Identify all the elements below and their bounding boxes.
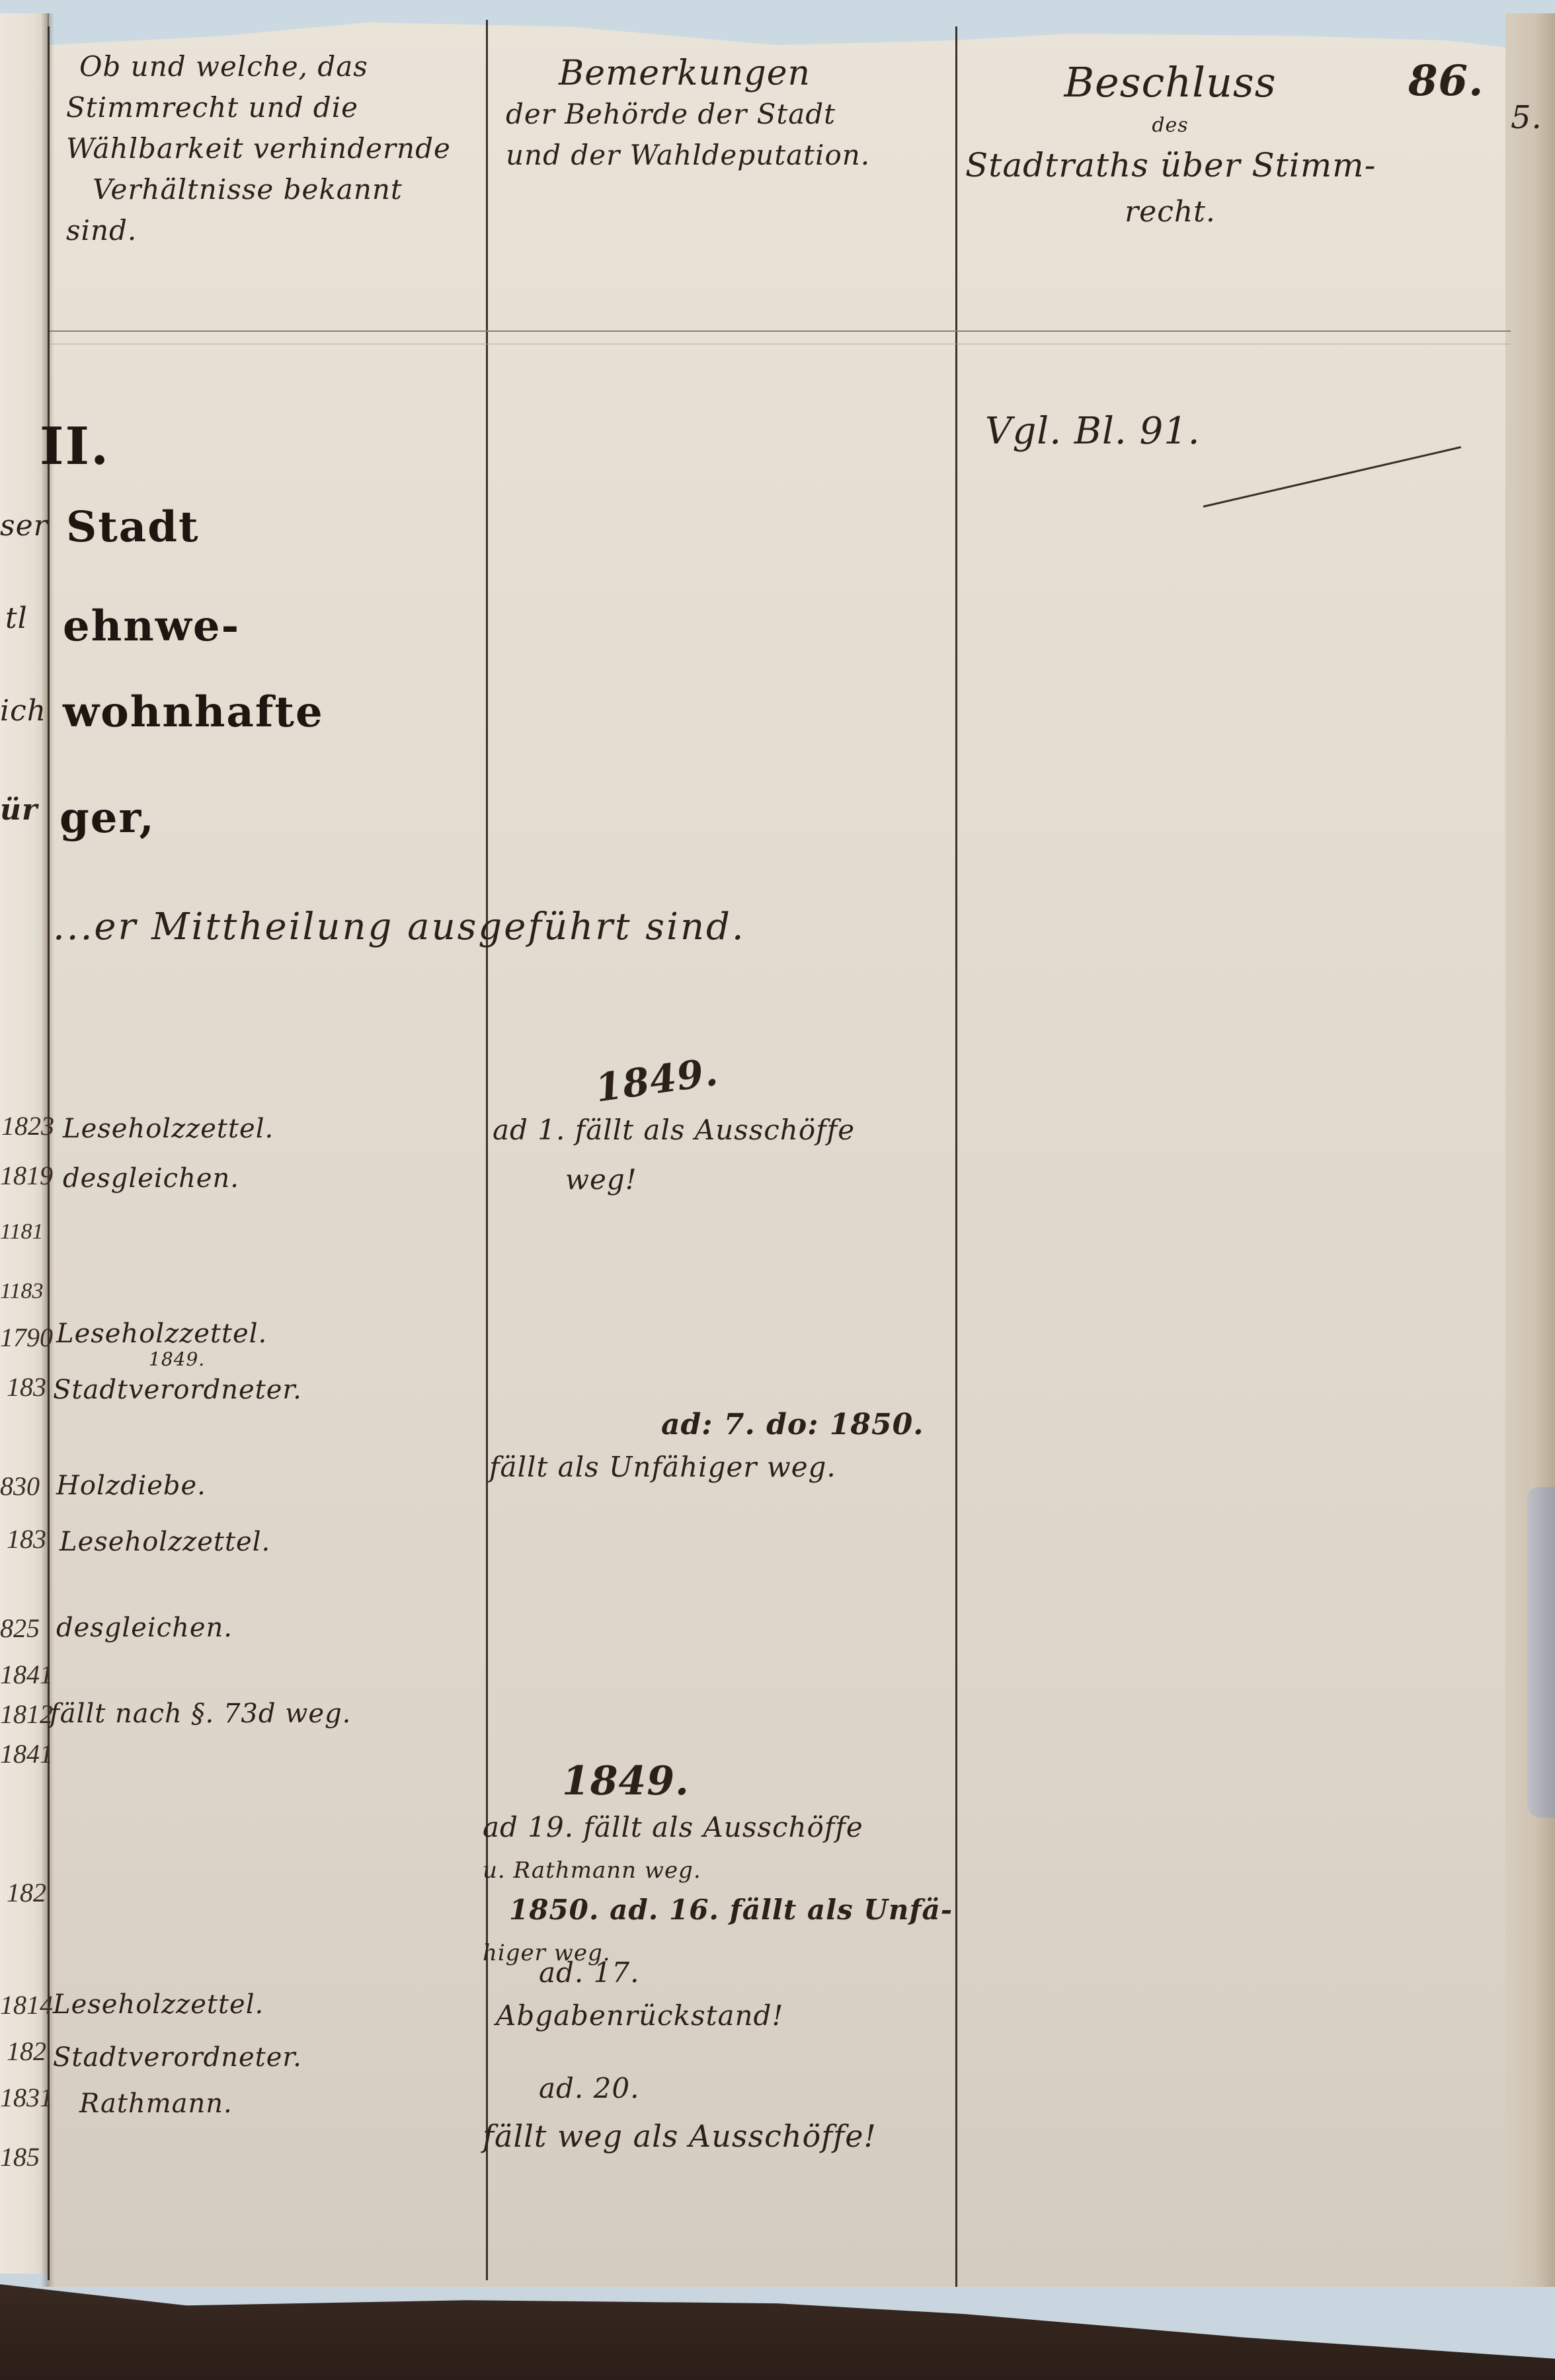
- margin-year: 183: [7, 1523, 46, 1555]
- header-line: der Behörde der Stadt: [506, 94, 870, 135]
- entry-col1: Holzdiebe.: [56, 1471, 206, 1501]
- section-title-line: Stadt: [66, 502, 200, 552]
- page-number: 86.: [1408, 56, 1484, 106]
- entry-note: u. Rathmann weg.: [483, 1857, 701, 1884]
- margin-year: 182: [7, 2036, 46, 2067]
- adjacent-page-number: 5.: [1511, 99, 1542, 136]
- column-header-2: Bemerkungen der Behörde der Stadt und de…: [506, 53, 870, 176]
- margin-fragment: tl: [5, 601, 28, 635]
- entry-note: fällt als Unfähiger weg.: [489, 1451, 836, 1483]
- margin-year: 1814: [0, 1989, 53, 2020]
- entry-note: ad 1. fällt als Ausschöffe: [493, 1114, 855, 1146]
- entry-col1: Leseholzzettel.: [56, 1319, 267, 1349]
- page-reference: Vgl. Bl. 91.: [985, 410, 1201, 453]
- section-title-line: ger,: [60, 793, 155, 843]
- header-line: Ob und welche, das: [66, 46, 451, 87]
- margin-year: 1841: [0, 1659, 53, 1690]
- margin-year: 1831: [0, 2082, 53, 2113]
- margin-fragment: ser: [0, 509, 48, 543]
- header-line: Stimmrecht und die: [66, 87, 451, 128]
- column-header-3: Beschluss des Stadtraths über Stimm- rec…: [965, 53, 1375, 233]
- entry-col1: Rathmann.: [79, 2089, 233, 2119]
- column-header-1: Ob und welche, das Stimmrecht und die Wä…: [66, 46, 451, 251]
- section-title-line: ehnwe-: [63, 601, 240, 651]
- margin-year: 185: [0, 2141, 40, 2172]
- entry-col1: Stadtverordneter.: [53, 2042, 302, 2073]
- margin-year: 183: [7, 1371, 46, 1402]
- right-page-stack: [1505, 13, 1555, 2287]
- entry-col1: Stadtverordneter.: [53, 1375, 302, 1405]
- header-line: des: [965, 112, 1375, 139]
- margin-fragment: ür: [0, 793, 38, 827]
- entry-note: fällt weg als Ausschöffe!: [483, 2118, 877, 2154]
- header-line: sind.: [66, 210, 451, 251]
- header-line: recht.: [965, 192, 1375, 233]
- margin-year: 1790: [0, 1322, 53, 1353]
- entry-col1: fällt nach §. 73d weg.: [50, 1699, 351, 1729]
- entry-note: 1850. ad. 16. fällt als Unfä-: [509, 1894, 953, 1926]
- entry-date: 1849.: [562, 1758, 690, 1804]
- entry-col1: 1849.: [149, 1348, 205, 1370]
- entry-note: weg!: [565, 1163, 637, 1196]
- ledger-page: [48, 13, 1505, 2287]
- margin-year: 825: [0, 1613, 40, 1644]
- header-line: Stadtraths über Stimm-: [965, 139, 1375, 192]
- entry-note: ad. 17.: [539, 1956, 639, 1989]
- margin-year: 1841: [0, 1738, 53, 1769]
- margin-year: 1183: [0, 1279, 43, 1304]
- margin-year: 1812: [0, 1699, 53, 1730]
- header-line: Wählbarkeit verhindernde: [66, 128, 451, 169]
- margin-fragment: ich: [0, 694, 46, 728]
- section-numeral: II.: [40, 416, 110, 477]
- header-line: Verhältnisse bekannt: [66, 169, 451, 210]
- section-title-line: wohnhafte: [63, 687, 324, 737]
- header-line: Bemerkungen: [506, 53, 870, 94]
- entry-col1: desgleichen.: [63, 1163, 239, 1194]
- entry-col1: Leseholzzettel.: [60, 1527, 270, 1557]
- header-rule: [50, 330, 1511, 332]
- margin-year: 1823: [1, 1110, 54, 1141]
- entry-col1: Leseholzzettel.: [53, 1989, 264, 2020]
- column-rule-2: [955, 26, 957, 2287]
- book-cover-bottom: [0, 2274, 1555, 2380]
- entry-note: ad. 20.: [539, 2072, 639, 2104]
- column-rule-left: [48, 26, 50, 2280]
- spanning-text-line: ...er Mittheilung ausgeführt sind.: [53, 905, 746, 948]
- entry-date: ad: 7. do: 1850.: [661, 1408, 924, 1441]
- header-rule-lower: [50, 344, 1511, 344]
- margin-year: 1819: [0, 1160, 53, 1191]
- header-line: Beschluss: [965, 53, 1375, 112]
- cloth-weight: [1527, 1487, 1555, 1818]
- entry-col1: Leseholzzettel.: [63, 1114, 274, 1144]
- margin-year: 1181: [0, 1219, 43, 1245]
- entry-note: Abgabenrückstand!: [496, 1999, 783, 2032]
- entry-col1: desgleichen.: [56, 1613, 233, 1643]
- header-line: und der Wahldeputation.: [506, 135, 870, 176]
- entry-note: ad 19. fällt als Ausschöffe: [483, 1811, 863, 1843]
- margin-year: 182: [7, 1877, 46, 1908]
- margin-year: 830: [0, 1471, 40, 1502]
